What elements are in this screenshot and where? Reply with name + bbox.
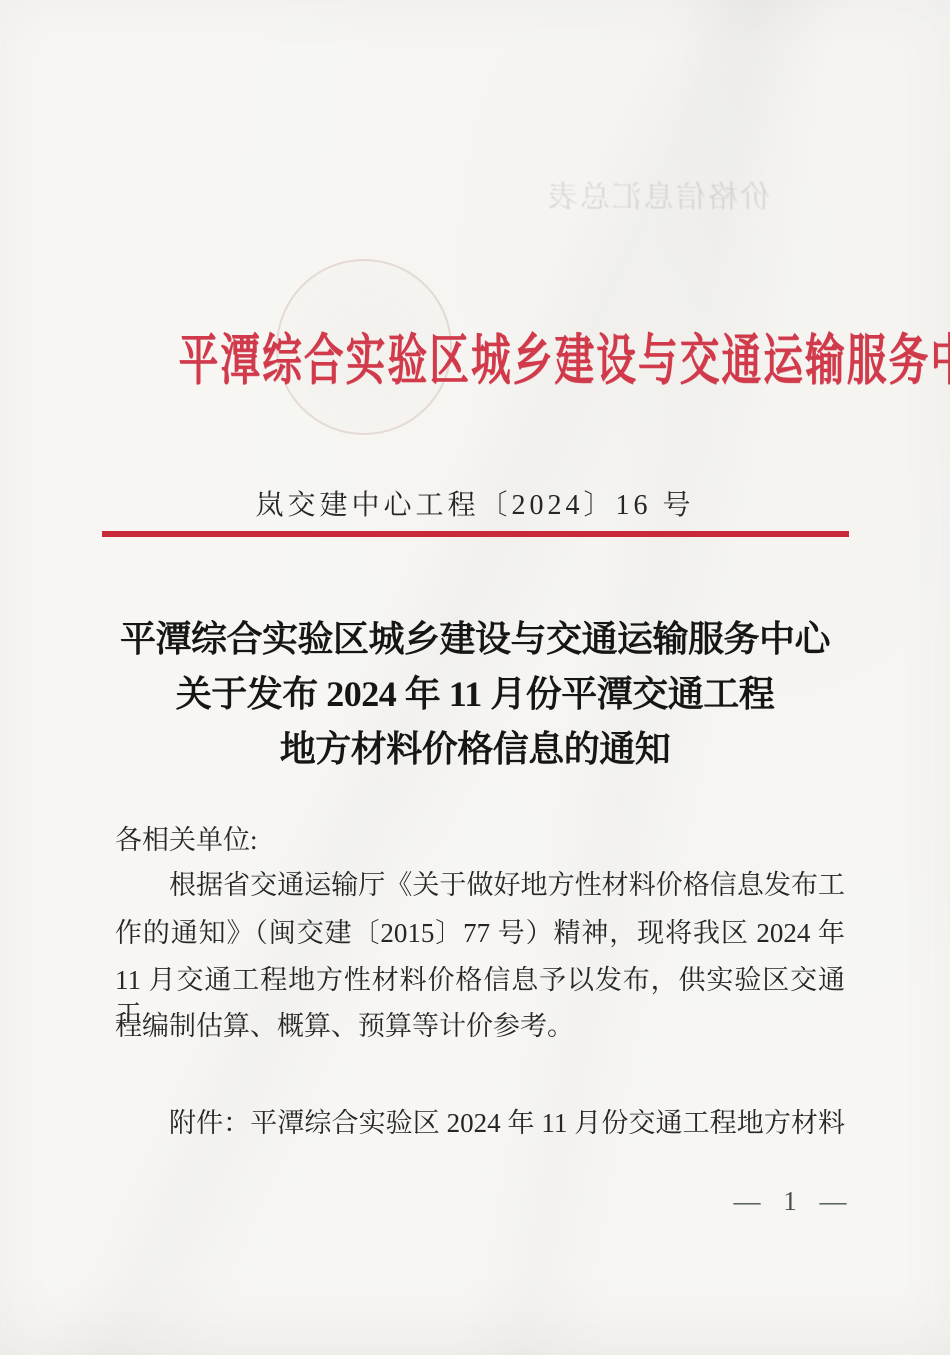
body-line-4: 程编制估算、概算、预算等计价参考。 <box>115 1009 574 1043</box>
document-number: 岚交建中心工程〔2024〕16 号 <box>0 483 950 523</box>
red-divider-line <box>102 531 849 537</box>
body-line-1: 根据省交通运输厅《关于做好地方性材料价格信息发布工 <box>169 868 845 902</box>
attachment-line: 附件：平潭综合实验区 2024 年 11 月份交通工程地方材料 <box>169 1106 845 1140</box>
org-banner-title: 平潭综合实验区城乡建设与交通运输服务中心文件 <box>179 316 950 395</box>
document-title-line-1: 平潭综合实验区城乡建设与交通运输服务中心 <box>0 612 950 667</box>
bleed-through-text: 价格信息汇总表 <box>545 172 770 216</box>
document-title-line-2: 关于发布 2024 年 11 月份平潭交通工程 <box>0 667 950 722</box>
page-number: — 1 — <box>710 1186 870 1217</box>
red-header-banner: 平潭综合实验区城乡建设与交通运输服务中心文件 <box>0 316 950 395</box>
document-title-line-3: 地方材料价格信息的通知 <box>0 722 950 777</box>
salutation: 各相关单位: <box>115 818 258 857</box>
document-title: 平潭综合实验区城乡建设与交通运输服务中心 关于发布 2024 年 11 月份平潭… <box>0 612 950 777</box>
scanned-document-page: 价格信息汇总表 平潭综合实验区城乡建设与交通运输服务中心文件 岚交建中心工程〔2… <box>0 0 950 1355</box>
body-line-2: 作的通知》（闽交建〔2015〕77 号）精神，现将我区 2024 年 <box>115 916 845 950</box>
